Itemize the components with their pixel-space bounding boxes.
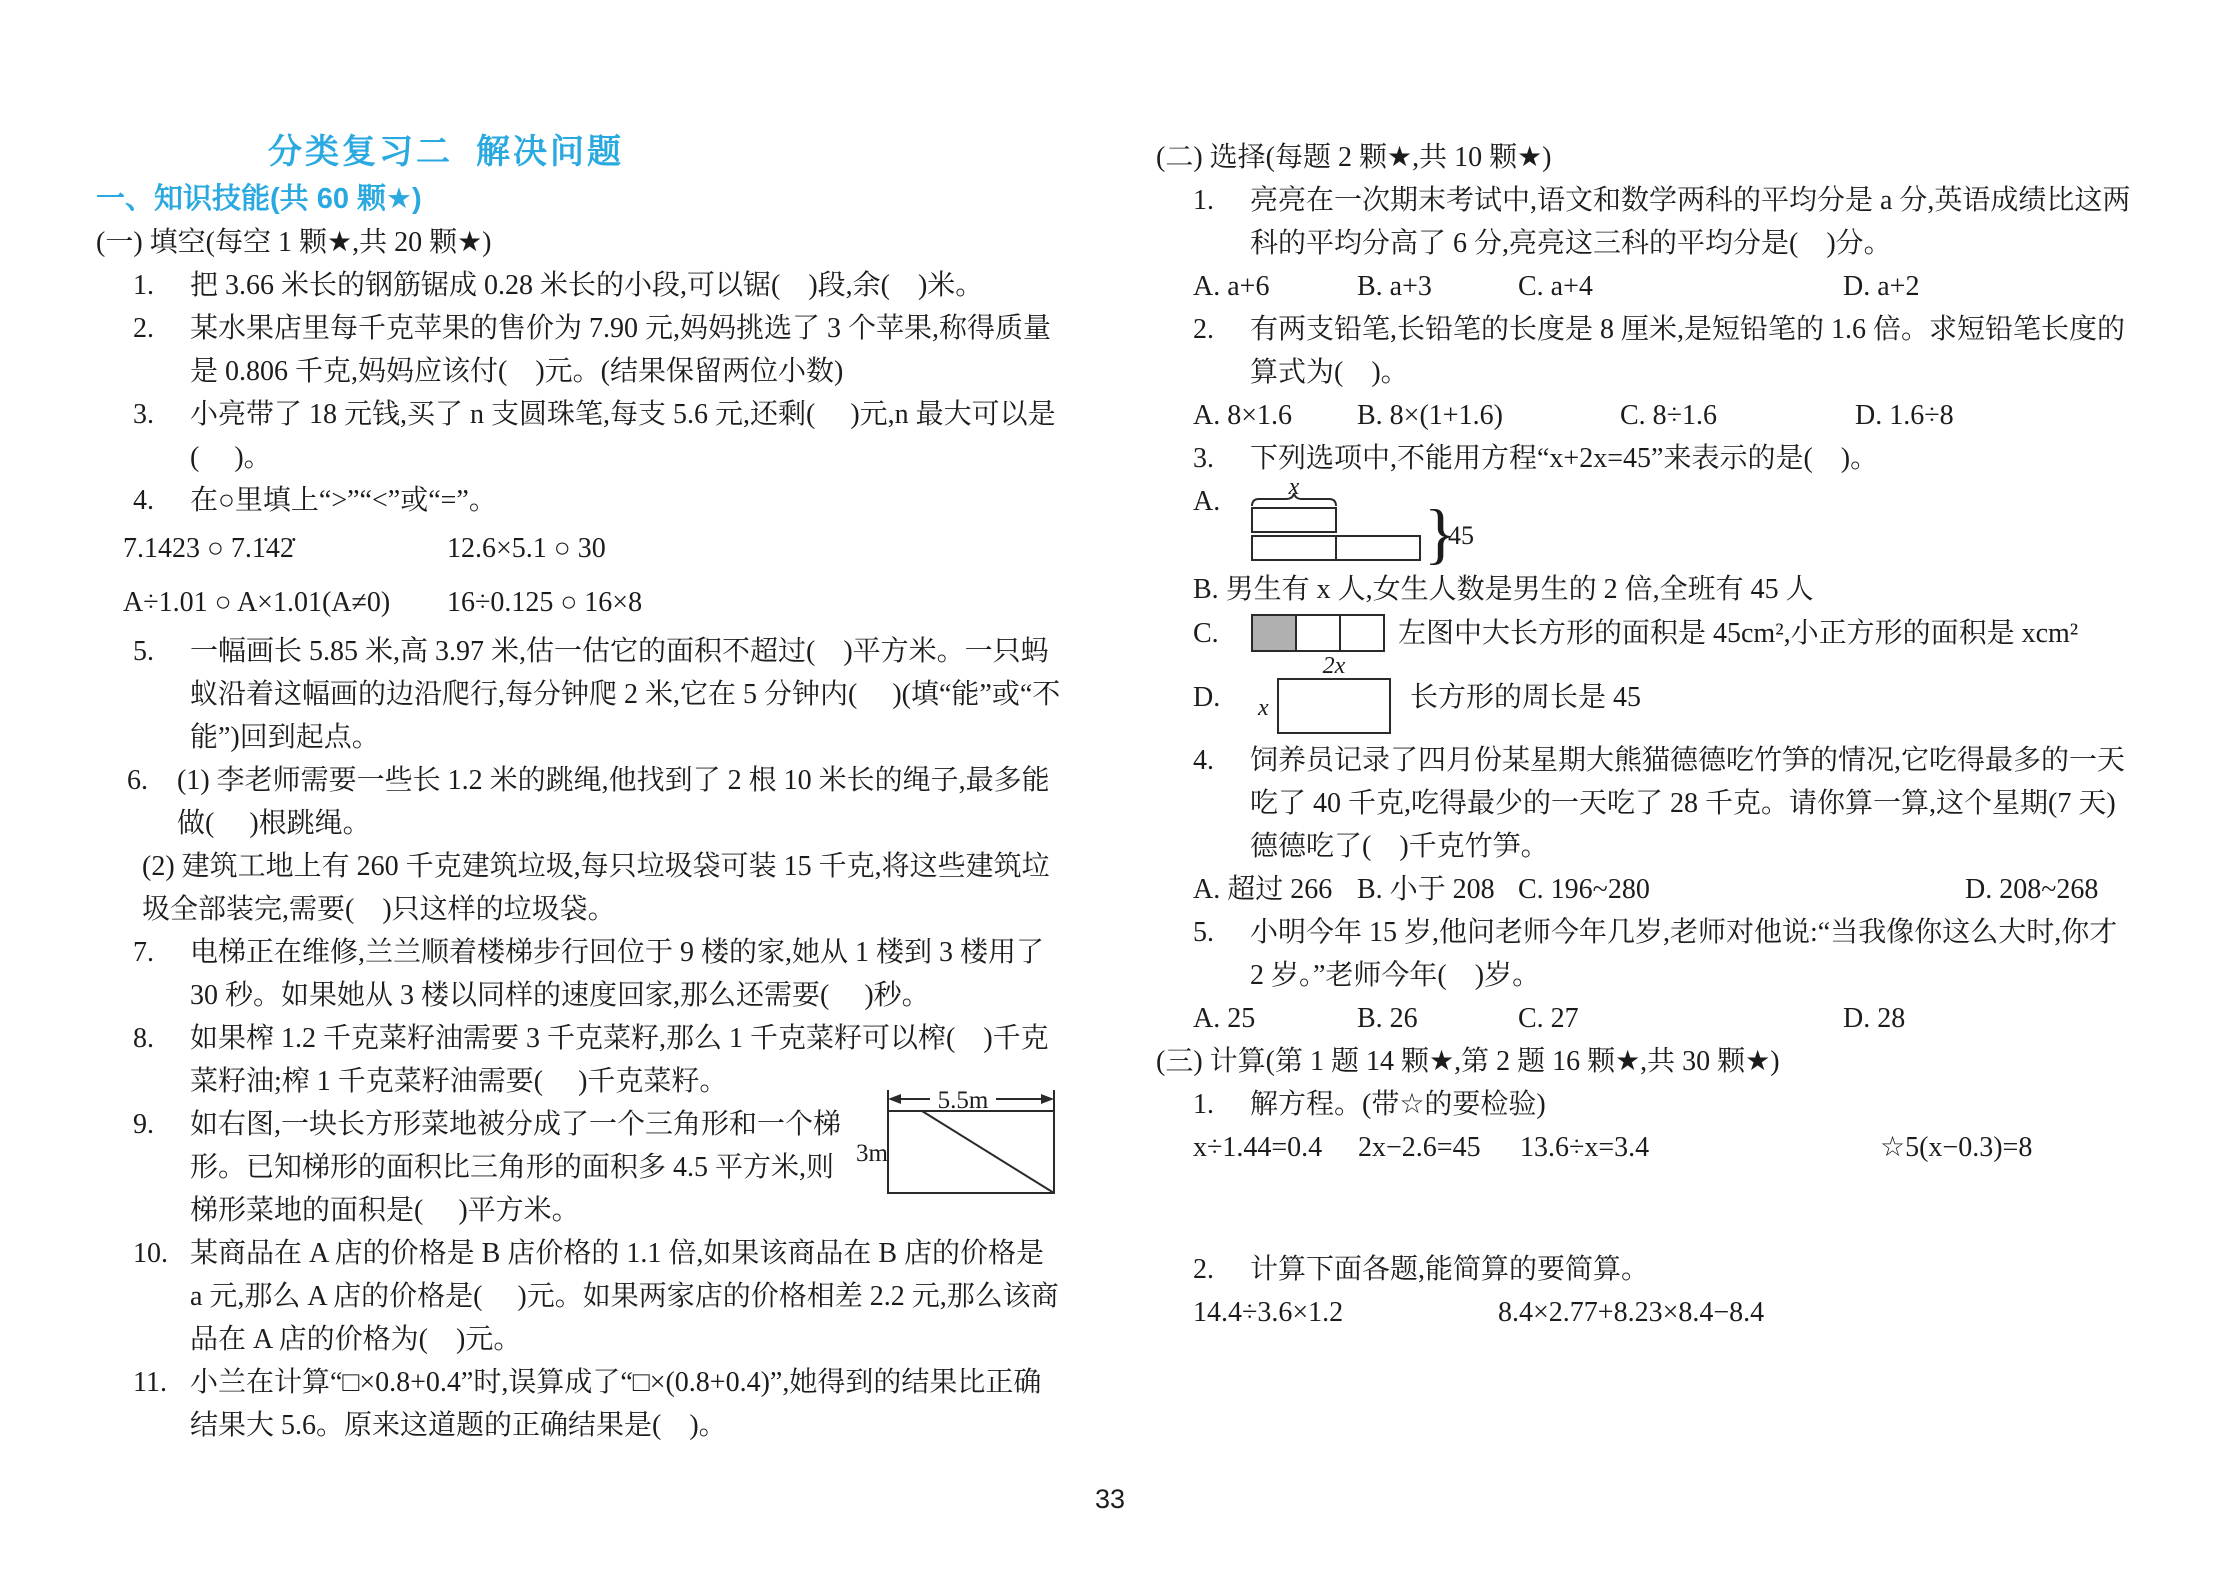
comparison-item: 16÷0.125 ○ 16×8 (447, 576, 642, 630)
question-choice-2: 2.有两支铅笔,长铅笔的长度是 8 厘米,是短铅笔的 1.6 倍。求短铅笔长度的… (1156, 308, 2136, 394)
expressions-row: 14.4÷3.6×1.2 8.4×2.77+8.23×8.4−8.4 (1156, 1291, 2136, 1334)
comparison-row: A÷1.01 ○ A×1.01(A≠0) 16÷0.125 ○ 16×8 (96, 576, 1062, 630)
options-row: A. a+6 B. a+3 C. a+4 D. a+2 (1156, 265, 2136, 308)
left-column: 一、知识技能(共 60 颗★) (一) 填空(每空 1 颗★,共 20 颗★) … (96, 178, 1062, 1447)
comparison-row: 7.1423 ○ 7.1̇42̇ 12.6×5.1 ○ 30 (96, 522, 1062, 576)
option: C. 196~280 (1518, 868, 1965, 911)
question-text: 如右图,一块长方形菜地被分成了一个三角形和一个梯形。已知梯形的面积比三角形的面积… (190, 1109, 841, 1226)
question-number: 1. (1193, 179, 1250, 222)
option: D. 208~268 (1965, 868, 2098, 911)
question-fill-1: 1.把 3.66 米长的钢筋锯成 0.28 米长的小段,可以锯( )段,余( )… (96, 264, 1062, 307)
question-text: 把 3.66 米长的钢筋锯成 0.28 米长的小段,可以锯( )段,余( )米。 (190, 270, 983, 301)
question-number: 11. (133, 1361, 190, 1404)
question-text: 小兰在计算“□×0.8+0.4”时,误算成了“□×(0.8+0.4)”,她得到的… (190, 1367, 1041, 1441)
bar-model-figure: x } 45 (1250, 480, 1482, 568)
question-text: 亮亮在一次期末考试中,语文和数学两科的平均分是 a 分,英语成绩比这两科的平均分… (1250, 185, 2130, 259)
question-number: 1. (133, 264, 190, 307)
question-fill-3: 3.小亮带了 18 元钱,买了 n 支圆珠笔,每支 5.6 元,还剩( )元,n… (96, 393, 1062, 479)
subsection-heading-choice: (二) 选择(每题 2 颗★,共 10 颗★) (1156, 136, 2136, 179)
option: D. 28 (1843, 997, 1905, 1040)
brace-total-label: 45 (1448, 521, 1474, 550)
question-text: (2) 建筑工地上有 260 千克建筑垃圾,每只垃圾袋可装 15 千克,将这些建… (142, 851, 1050, 925)
height-dimension-label: 3m (856, 1140, 889, 1167)
question-choice-1: 1.亮亮在一次期末考试中,语文和数学两科的平均分是 a 分,英语成绩比这两科的平… (1156, 179, 2136, 265)
question-text: 一幅画长 5.85 米,高 3.97 米,估一估它的面积不超过( )平方米。一只… (190, 636, 1060, 753)
subsection-heading-calculation: (三) 计算(第 1 题 14 颗★,第 2 题 16 颗★,共 30 颗★) (1156, 1040, 2136, 1083)
question-number: 6. (127, 759, 148, 802)
question-text: 计算下面各题,能简算的要简算。 (1250, 1254, 1649, 1285)
worksheet-title: 分类复习二 解决问题 (96, 124, 796, 173)
question-fill-11: 11.小兰在计算“□×0.8+0.4”时,误算成了“□×(0.8+0.4)”,她… (96, 1361, 1062, 1447)
question-number: 8. (133, 1017, 190, 1060)
question-text: (1) 李老师需要一些长 1.2 米的跳绳,他找到了 2 根 10 米长的绳子,… (177, 765, 1050, 839)
right-arrowhead-icon (1041, 1094, 1054, 1104)
option-letter: D. (1193, 676, 1250, 719)
equation: x÷1.44=0.4 (1193, 1126, 1358, 1169)
question-fill-5: 5.一幅画长 5.85 米,高 3.97 米,估一估它的面积不超过( )平方米。… (96, 630, 1062, 759)
question-choice-3: 3.下列选项中,不能用方程“x+2x=45”来表示的是( )。 (1156, 437, 2136, 480)
question-number: 2. (133, 307, 190, 350)
option: A. 25 (1193, 997, 1357, 1040)
top-side-label: 2x (1323, 655, 1346, 679)
option-text: 长方形的周长是 45 (1410, 676, 1641, 719)
strip-rectangle-figure (1250, 613, 1388, 653)
options-row: A. 超过 266 B. 小于 208 C. 196~280 D. 208~26… (1156, 868, 2136, 911)
option-letter: A. (1193, 480, 1250, 523)
question-text: 小亮带了 18 元钱,买了 n 支圆珠笔,每支 5.6 元,还剩( )元,n 最… (190, 399, 1056, 473)
equation: 13.6÷x=3.4 (1520, 1126, 1880, 1169)
question-text: 下列选项中,不能用方程“x+2x=45”来表示的是( )。 (1250, 443, 1878, 474)
question-number: 4. (133, 479, 190, 522)
page-number: 33 (0, 1484, 2220, 1515)
equations-row: x÷1.44=0.4 2x−2.6=45 13.6÷x=3.4 ☆5(x−0.3… (1156, 1126, 2136, 1169)
section-heading-knowledge-skills: 一、知识技能(共 60 颗★) (96, 178, 1062, 221)
question-choice-5: 5.小明今年 15 岁,他问老师今年几岁,老师对他说:“当我像你这么大时,你才 … (1156, 911, 2136, 997)
question-calc-2: 2.计算下面各题,能简算的要简算。 (1156, 1248, 2136, 1291)
options-row: A. 25 B. 26 C. 27 D. 28 (1156, 997, 2136, 1040)
subsection-heading-fill-blanks: (一) 填空(每空 1 颗★,共 20 颗★) (96, 221, 1062, 264)
question-text: 有两支铅笔,长铅笔的长度是 8 厘米,是短铅笔的 1.6 倍。求短铅笔长度的算式… (1250, 314, 2125, 388)
question-text: 饲养员记录了四月份某星期大熊猫德德吃竹笋的情况,它吃得最多的一天吃了 40 千克… (1250, 745, 2125, 862)
question-text: 在○里填上“>”“<”或“=”。 (190, 485, 497, 516)
rectangle-2x-figure: 2x x (1250, 655, 1400, 739)
option: B. 8×(1+1.6) (1357, 394, 1620, 437)
expression: 8.4×2.77+8.23×8.4−8.4 (1498, 1291, 1764, 1334)
option: A. a+6 (1193, 265, 1357, 308)
question-fill-2: 2.某水果店里每千克苹果的售价为 7.90 元,妈妈挑选了 3 个苹果,称得质量… (96, 307, 1062, 393)
expression: 14.4÷3.6×1.2 (1193, 1291, 1498, 1334)
bar-x-label: x (1288, 480, 1300, 500)
option-b-row: B. 男生有 x 人,女生人数是男生的 2 倍,全班有 45 人 (1156, 568, 2136, 611)
equation: 2x−2.6=45 (1358, 1126, 1520, 1169)
question-calc-1: 1.解方程。(带☆的要检验) (1156, 1083, 2136, 1126)
option: D. 1.6÷8 (1855, 394, 1954, 437)
option: C. a+4 (1518, 265, 1843, 308)
question-number: 2. (1193, 1248, 1250, 1291)
question-number: 9. (133, 1103, 190, 1146)
question-text: 如果榨 1.2 千克菜籽油需要 3 千克菜籽,那么 1 千克菜籽可以榨( )千克… (190, 1023, 1049, 1097)
question-number: 2. (1193, 308, 1250, 351)
question-number: 3. (1193, 437, 1250, 480)
option: C. 27 (1518, 997, 1843, 1040)
option-d-row: D. 2x x 长方形的周长是 45 (1156, 655, 2136, 739)
question-number: 10. (133, 1232, 190, 1275)
comparison-item: A÷1.01 ○ A×1.01(A≠0) (123, 576, 447, 630)
option-text: 左图中大长方形的面积是 45cm²,小正方形的面积是 xcm² (1398, 612, 2078, 655)
question-sub-item-2: (2) 建筑工地上有 260 千克建筑垃圾,每只垃圾袋可装 15 千克,将这些建… (142, 845, 1062, 931)
question-fill-10: 10.某商品在 A 店的价格是 B 店价格的 1.1 倍,如果该商品在 B 店的… (96, 1232, 1062, 1361)
question-number: 1. (1193, 1083, 1250, 1126)
option: C. 8÷1.6 (1620, 394, 1855, 437)
option-c-row: C. 左图中大长方形的面积是 45cm²,小正方形的面积是 xcm² (1156, 611, 2136, 655)
right-column: (二) 选择(每题 2 颗★,共 10 颗★) 1.亮亮在一次期末考试中,语文和… (1156, 136, 2136, 1334)
question-sub-item-1: (1) 李老师需要一些长 1.2 米的跳绳,他找到了 2 根 10 米长的绳子,… (177, 759, 1062, 845)
question-text: 解方程。(带☆的要检验) (1250, 1089, 1546, 1120)
option: B. 男生有 x 人,女生人数是男生的 2 倍,全班有 45 人 (1193, 568, 1814, 611)
question-text: 电梯正在维修,兰兰顺着楼梯步行回位于 9 楼的家,她从 1 楼到 3 楼用了 3… (190, 937, 1044, 1011)
width-dimension-label: 5.5m (938, 1087, 989, 1114)
question-number: 7. (133, 931, 190, 974)
question-number: 5. (1193, 911, 1250, 954)
left-arrowhead-icon (888, 1094, 901, 1104)
question-fill-9: 5.5m 3m 9.如右图,一块长方形菜地被分成了一个三角形和一个梯形。已知梯形… (96, 1103, 1062, 1232)
question-text: 小明今年 15 岁,他问老师今年几岁,老师对他说:“当我像你这么大时,你才 2 … (1250, 917, 2117, 991)
question-fill-4: 4.在○里填上“>”“<”或“=”。 (96, 479, 1062, 522)
option: A. 超过 266 (1193, 868, 1357, 911)
question-choice-4: 4.饲养员记录了四月份某星期大熊猫德德吃竹笋的情况,它吃得最多的一天吃了 40 … (1156, 739, 2136, 868)
rectangle-garden-figure: 5.5m 3m (856, 1087, 1062, 1199)
left-side-label: x (1257, 695, 1269, 721)
question-text: 某水果店里每千克苹果的售价为 7.90 元,妈妈挑选了 3 个苹果,称得质量是 … (190, 313, 1051, 387)
question-text: 某商品在 A 店的价格是 B 店价格的 1.1 倍,如果该商品在 B 店的价格是… (190, 1238, 1059, 1355)
option: B. 26 (1357, 997, 1518, 1040)
options-row: A. 8×1.6 B. 8×(1+1.6) C. 8÷1.6 D. 1.6÷8 (1156, 394, 2136, 437)
option: B. 小于 208 (1357, 868, 1518, 911)
option: B. a+3 (1357, 265, 1518, 308)
option: D. a+2 (1843, 265, 1919, 308)
question-number: 4. (1193, 739, 1250, 782)
comparison-item: 12.6×5.1 ○ 30 (447, 522, 606, 576)
option-letter: C. (1193, 612, 1250, 655)
option-a-bar-model: A. x } 45 (1156, 480, 2136, 568)
question-fill-6: 6. (1) 李老师需要一些长 1.2 米的跳绳,他找到了 2 根 10 米长的… (96, 759, 1062, 931)
question-number: 3. (133, 393, 190, 436)
question-number: 5. (133, 630, 190, 673)
question-fill-7: 7.电梯正在维修,兰兰顺着楼梯步行回位于 9 楼的家,她从 1 楼到 3 楼用了… (96, 931, 1062, 1017)
equation: ☆5(x−0.3)=8 (1880, 1126, 2032, 1169)
option: A. 8×1.6 (1193, 394, 1357, 437)
work-space (1156, 1169, 2136, 1248)
comparison-item: 7.1423 ○ 7.1̇42̇ (123, 522, 447, 576)
